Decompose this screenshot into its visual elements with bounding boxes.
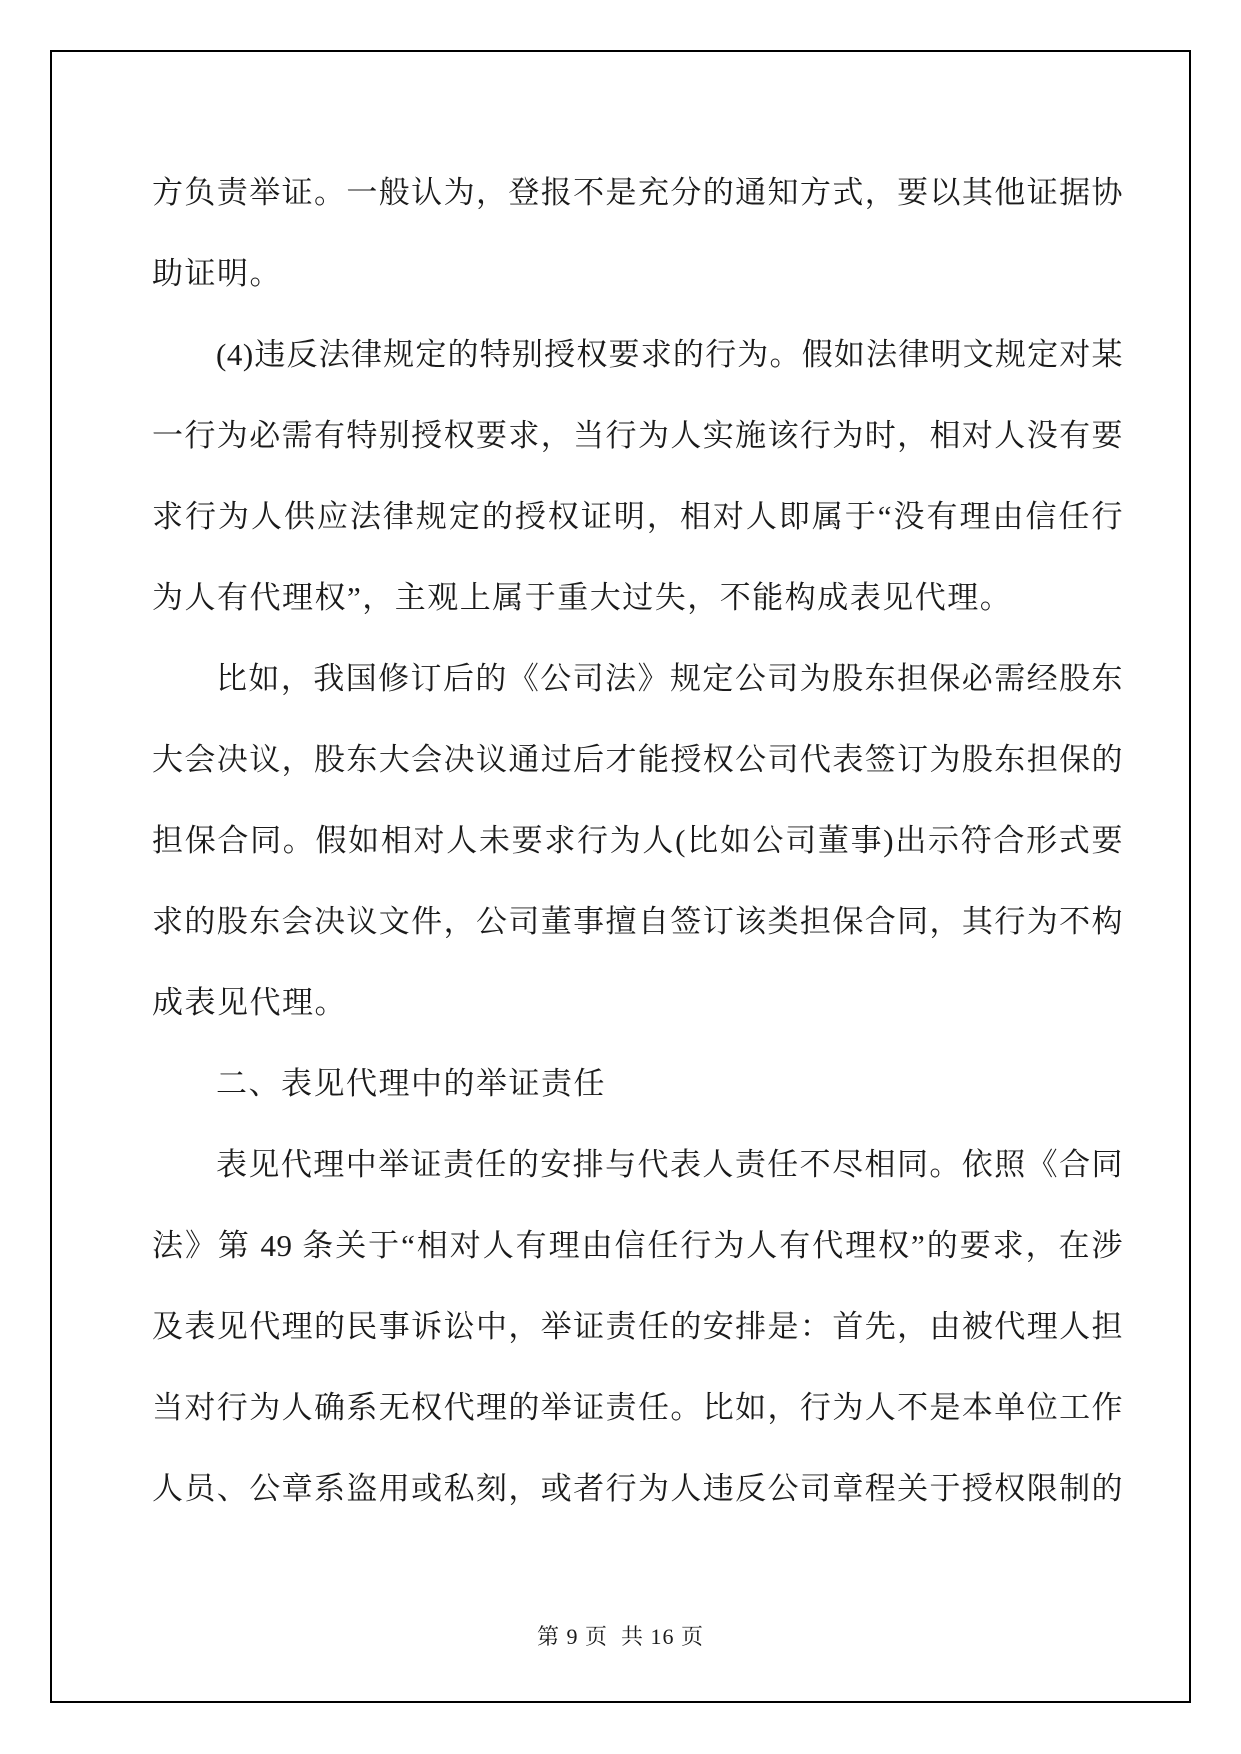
- text-line: 成表见代理。: [152, 962, 1123, 1043]
- text-line: 表见代理中举证责任的安排与代表人责任不尽相同。依照《合同: [152, 1124, 1123, 1205]
- text-line: 一行为必需有特别授权要求，当行为人实施该行为时，相对人没有要: [152, 395, 1123, 476]
- text-line: 担保合同。假如相对人未要求行为人(比如公司董事)出示符合形式要: [152, 800, 1123, 881]
- text-line: 助证明。: [152, 233, 1123, 314]
- text-line: 求的股东会决议文件，公司董事擅自签订该类担保合同，其行为不构: [152, 881, 1123, 962]
- section-heading: 二、表见代理中的举证责任: [152, 1043, 1123, 1124]
- text-line: (4)违反法律规定的特别授权要求的行为。假如法律明文规定对某: [152, 314, 1123, 395]
- document-body: 方负责举证。一般认为，登报不是充分的通知方式，要以其他证据协 助证明。 (4)违…: [152, 152, 1123, 1529]
- text-line: 比如，我国修订后的《公司法》规定公司为股东担保必需经股东: [152, 638, 1123, 719]
- text-line: 大会决议，股东大会决议通过后才能授权公司代表签订为股东担保的: [152, 719, 1123, 800]
- text-line: 法》第 49 条关于“相对人有理由信任行为人有代理权”的要求，在涉: [152, 1205, 1123, 1286]
- text-line: 当对行为人确系无权代理的举证责任。比如，行为人不是本单位工作: [152, 1367, 1123, 1448]
- text-line: 及表见代理的民事诉讼中，举证责任的安排是：首先，由被代理人担: [152, 1286, 1123, 1367]
- text-line: 方负责举证。一般认为，登报不是充分的通知方式，要以其他证据协: [152, 152, 1123, 233]
- text-line: 为人有代理权”，主观上属于重大过失，不能构成表见代理。: [152, 557, 1123, 638]
- text-line: 人员、公章系盗用或私刻，或者行为人违反公司章程关于授权限制的: [152, 1448, 1123, 1529]
- page-number: 第 9 页 共 16 页: [0, 1622, 1241, 1652]
- text-line: 求行为人供应法律规定的授权证明，相对人即属于“没有理由信任行: [152, 476, 1123, 557]
